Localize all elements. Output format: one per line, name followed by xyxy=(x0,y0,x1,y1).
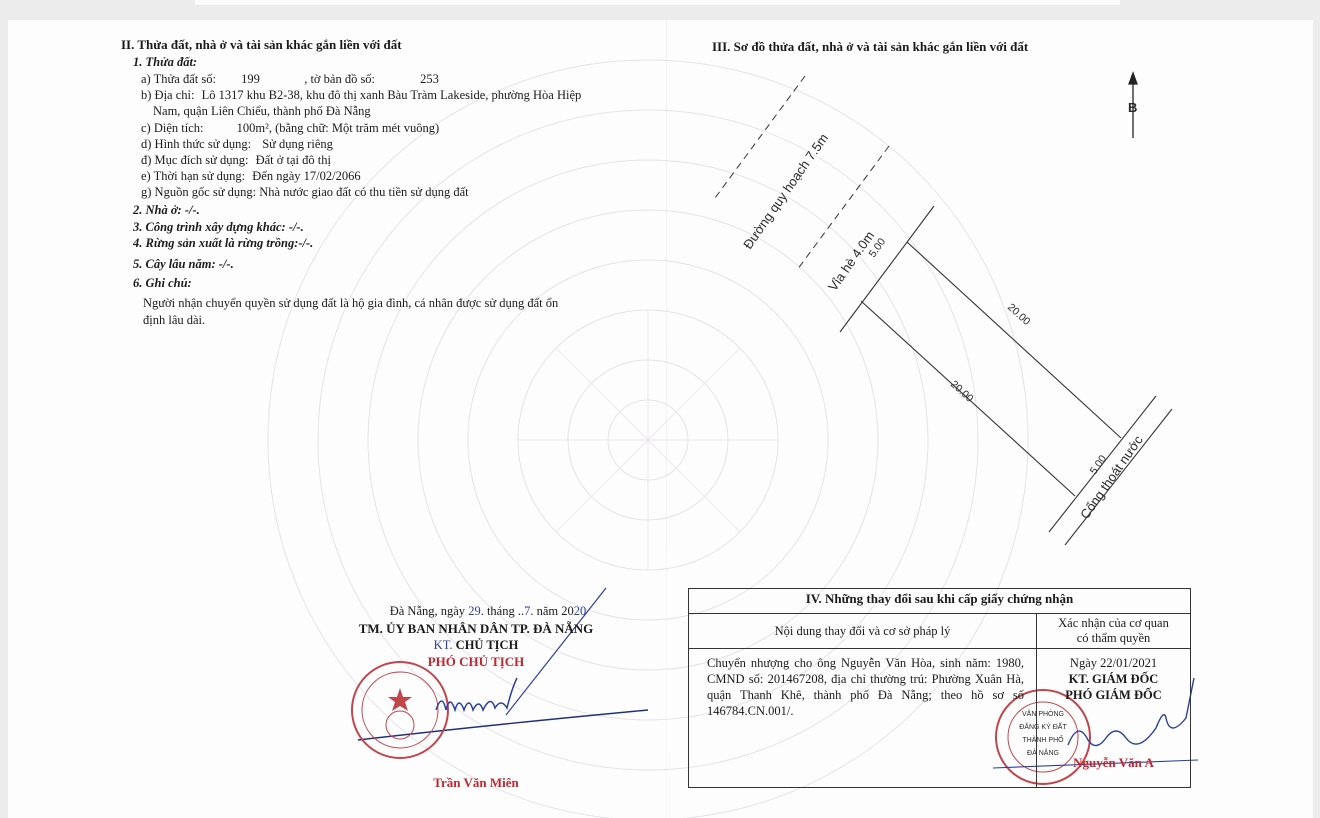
place-date-line: Đà Nẵng, ngày 29. tháng ..7. năm 2020 xyxy=(338,604,638,619)
change-content: Chuyển nhượng cho ông Nguyễn Văn Hòa, si… xyxy=(689,649,1037,788)
date-month: 7 xyxy=(524,604,530,618)
change-confirm: Ngày 22/01/2021 KT. GIÁM ĐỐC PHÓ GIÁM ĐỐ… xyxy=(1037,649,1191,788)
place-date-label: Đà Nẵng, ngày xyxy=(390,604,465,618)
col-confirm-header: Xác nhận của cơ quan có thẩm quyền xyxy=(1037,614,1191,649)
north-label: B xyxy=(1128,100,1137,115)
changes-table-row: Chuyển nhượng cho ông Nguyễn Văn Hòa, si… xyxy=(689,649,1191,788)
confirm-signer: Nguyễn Văn A xyxy=(1043,755,1184,771)
confirm-role-2: PHÓ GIÁM ĐỐC xyxy=(1043,687,1184,703)
side-left-dimension: 20.00 xyxy=(948,378,976,405)
certificate-page: II. Thửa đất, nhà ở và tài sản khác gắn … xyxy=(8,20,1313,818)
signing-role: KT. CHỦ TỊCH xyxy=(326,638,626,653)
role-prefix: KT. xyxy=(434,638,453,652)
sidewalk-label: Vỉa hè 4.0m xyxy=(825,228,877,293)
section4-title: IV. Những thay đổi sau khi cấp giấy chứn… xyxy=(689,589,1191,614)
signature-underline xyxy=(358,710,648,740)
signature-chairman xyxy=(436,678,517,710)
signer-name: Trần Văn Miên xyxy=(326,775,626,791)
month-label: tháng xyxy=(487,604,515,618)
signing-org: TM. ỦY BAN NHÂN DÂN TP. ĐÀ NẴNG xyxy=(326,621,626,637)
col-content-header: Nội dung thay đổi và cơ sở pháp lý xyxy=(689,614,1037,649)
date-day: 29 xyxy=(468,604,481,618)
parcel-side-right xyxy=(907,242,1121,438)
drain-label: Cống thoát nước xyxy=(1077,432,1146,521)
signing-role-2: PHÓ CHỦ TỊCH xyxy=(326,654,626,670)
top-bar xyxy=(195,0,1120,5)
changes-table-title-row: IV. Những thay đổi sau khi cấp giấy chứn… xyxy=(689,589,1191,614)
col-confirm-header-2: có thẩm quyền xyxy=(1043,631,1184,646)
confirm-role-1: KT. GIÁM ĐỐC xyxy=(1043,671,1184,687)
date-year: 20 xyxy=(574,604,587,618)
role-title: CHỦ TỊCH xyxy=(456,638,519,652)
changes-table-header-row: Nội dung thay đổi và cơ sở pháp lý Xác n… xyxy=(689,614,1191,649)
official-seal-icon xyxy=(352,662,448,758)
col-confirm-header-1: Xác nhận của cơ quan xyxy=(1043,616,1184,631)
road-label: Đường quy hoạch 7.5m xyxy=(740,131,831,252)
year-label: năm 20 xyxy=(537,604,574,618)
change-content-text: Chuyển nhượng cho ông Nguyễn Văn Hòa, si… xyxy=(707,656,1024,718)
confirm-date: Ngày 22/01/2021 xyxy=(1043,655,1184,671)
changes-table: IV. Những thay đổi sau khi cấp giấy chứn… xyxy=(688,588,1191,788)
side-right-dimension: 20.00 xyxy=(1005,301,1033,328)
